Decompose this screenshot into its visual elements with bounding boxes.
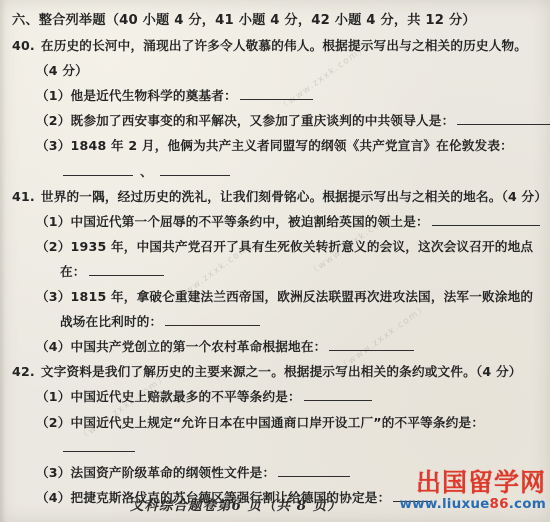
points-label: （4 分） — [36, 63, 88, 78]
section-header-text: 六、整合列举题（40 小题 4 分，41 小题 4 分，42 小题 4 分，共 … — [12, 13, 476, 28]
answer-blank — [240, 95, 313, 100]
q41-item-3-line2: 战场在比利时的： — [0, 309, 550, 334]
item-text: （2）中国近代史上规定“允许日本在中国通商口岸开设工厂”的不平等条约是： — [36, 415, 484, 430]
q42-item-2-line1: （2）中国近代史上规定“允许日本在中国通商口岸开设工厂”的不平等条约是： — [0, 410, 550, 435]
liuxue86-watermark: 出国留学网 www.liuxue86.com — [326, 470, 546, 512]
question-number: 42. — [12, 364, 35, 379]
watermark-site-url: www.liuxue86.com — [326, 498, 546, 512]
item-text: （3）法国资产阶级革命的纲领性文件是： — [36, 465, 275, 480]
item-text: （3）1848 年 2 月，他俩为共产主义者同盟写的纲领《共产党宣言》在伦敦发表… — [36, 138, 513, 153]
answer-blank — [457, 120, 550, 125]
blank-separator: 、 — [140, 164, 153, 179]
answer-blank — [432, 221, 540, 226]
question-text: 世界的一隅，经过历史的洗礼，让我们刻骨铭心。根据提示写出与之相关的地名。（4 分… — [41, 189, 547, 204]
answer-blank — [160, 171, 230, 176]
url-prefix: www.liuxue — [400, 496, 490, 512]
q41-item-3-line1: （3）1815 年，拿破仑重建法兰西帝国，欧洲反法联盟再次进攻法国，法军一败涂地… — [0, 284, 550, 309]
item-text: （2）既参加了西安事变的和平解决，又参加了重庆谈判的中共领导人是： — [36, 113, 454, 128]
item-text: （2）1935 年，中国共产党召开了具有生死攸关转折意义的会议，这次会议召开的地… — [36, 239, 533, 254]
question-42-intro: 42.文字资料是我们了解历史的主要来源之一。根据提示写出相关的条约或文件。（4 … — [0, 359, 550, 384]
question-number: 40. — [12, 38, 35, 53]
q41-item-2-line2: 在： — [0, 259, 550, 284]
q42-item-1: （1）中国近代史上赔款最多的不平等条约是： — [0, 384, 550, 409]
item-text: （1）他是近代生物科学的奠基者： — [36, 88, 237, 103]
url-number: 86 — [490, 496, 509, 512]
exam-paper-page: （www.zxxk.com） （www.zxxk.com） （www.zxxk.… — [0, 0, 550, 522]
q40-item-3-blanks: 、 — [0, 159, 550, 184]
item-text: （1）中国近代史上赔款最多的不平等条约是： — [36, 389, 301, 404]
item-text: （4）中国共产党创立的第一个农村革命根据地在： — [36, 339, 326, 354]
item-text: 在： — [60, 264, 86, 279]
q40-item-2: （2）既参加了西安事变的和平解决，又参加了重庆谈判的中共领导人是： — [0, 108, 550, 133]
q41-item-1: （1）中国近代第一个屈辱的不平等条约中，被迫割给英国的领土是： — [0, 209, 550, 234]
q41-item-2-line1: （2）1935 年，中国共产党召开了具有生死攸关转折意义的会议，这次会议召开的地… — [0, 234, 550, 259]
section-header: 六、整合列举题（40 小题 4 分，41 小题 4 分，42 小题 4 分，共 … — [0, 8, 550, 33]
page-footer: 文科综合题卷第6 页（共 8 页） — [130, 494, 342, 514]
answer-blank — [304, 396, 372, 401]
watermark-site-name: 出国留学网 — [326, 470, 546, 495]
q42-item-2-blank — [0, 435, 550, 460]
question-40-points: （4 分） — [0, 58, 550, 83]
question-text: 在历史的长河中，涌现出了许多令人敬慕的伟人。根据提示写出与之相关的历史人物。 — [41, 38, 527, 53]
item-text: （3）1815 年，拿破仑重建法兰西帝国，欧洲反法联盟再次进攻法国，法军一败涂地… — [36, 289, 533, 304]
answer-blank — [63, 447, 135, 452]
answer-blank — [329, 346, 414, 351]
question-41-intro: 41.世界的一隅，经过历史的洗礼，让我们刻骨铭心。根据提示写出与之相关的地名。（… — [0, 184, 550, 209]
answer-blank — [165, 321, 260, 326]
item-text: 战场在比利时的： — [60, 314, 162, 329]
q40-item-1: （1）他是近代生物科学的奠基者： — [0, 83, 550, 108]
item-text: （1）中国近代第一个屈辱的不平等条约中，被迫割给英国的领土是： — [36, 214, 429, 229]
q40-item-3-line1: （3）1848 年 2 月，他俩为共产主义者同盟写的纲领《共产党宣言》在伦敦发表… — [0, 133, 550, 158]
url-suffix: .com — [509, 496, 546, 512]
answer-blank — [63, 171, 133, 176]
page-number-label: 文科综合题卷第6 页（共 8 页） — [130, 498, 342, 514]
q41-item-4: （4）中国共产党创立的第一个农村革命根据地在： — [0, 334, 550, 359]
question-number: 41. — [12, 189, 35, 204]
question-text: 文字资料是我们了解历史的主要来源之一。根据提示写出相关的条约或文件。（4 分） — [41, 364, 522, 379]
answer-blank — [89, 271, 164, 276]
exam-content: 六、整合列举题（40 小题 4 分，41 小题 4 分，42 小题 4 分，共 … — [0, 8, 550, 510]
question-40-intro: 40.在历史的长河中，涌现出了许多令人敬慕的伟人。根据提示写出与之相关的历史人物… — [0, 33, 550, 58]
